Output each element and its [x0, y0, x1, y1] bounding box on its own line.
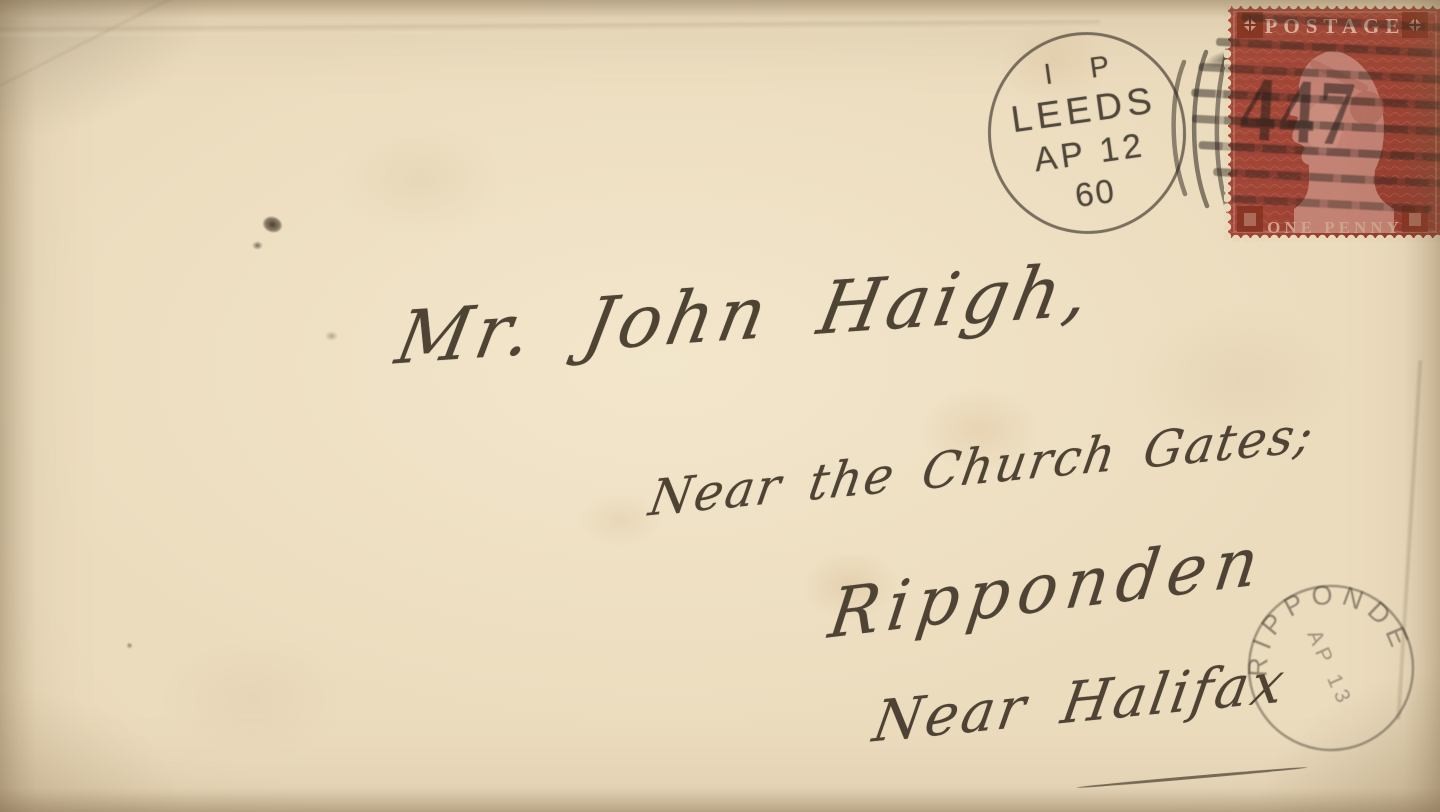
- postmark-year: 60: [1073, 171, 1119, 214]
- address-line-name: Mr. John Haigh,: [390, 247, 1102, 381]
- address-line-village: Ripponden: [824, 521, 1271, 654]
- envelope-scan: I P LEEDS AP 12 60: [0, 0, 1440, 812]
- paper-speck: [126, 642, 133, 649]
- cancel-bar: [1232, 195, 1432, 213]
- faint-stain: [325, 331, 338, 341]
- ink-blot: [260, 213, 285, 236]
- cancel-bar: [1241, 13, 1440, 32]
- duplex-cancel: 447: [1133, 0, 1440, 260]
- ripponden-date: AP 13: [1302, 627, 1356, 711]
- top-fold-crease: [0, 20, 1100, 38]
- cancel-numeral: 447: [1238, 55, 1360, 167]
- corner-crease: [0, 0, 188, 102]
- ripponden-circular-datestamp: RIPPONDEN AP 13: [1222, 550, 1440, 790]
- ink-speck: [252, 241, 263, 250]
- address-line-street: Near the Church Gates;: [645, 405, 1319, 527]
- cancel-bar: [1213, 168, 1440, 188]
